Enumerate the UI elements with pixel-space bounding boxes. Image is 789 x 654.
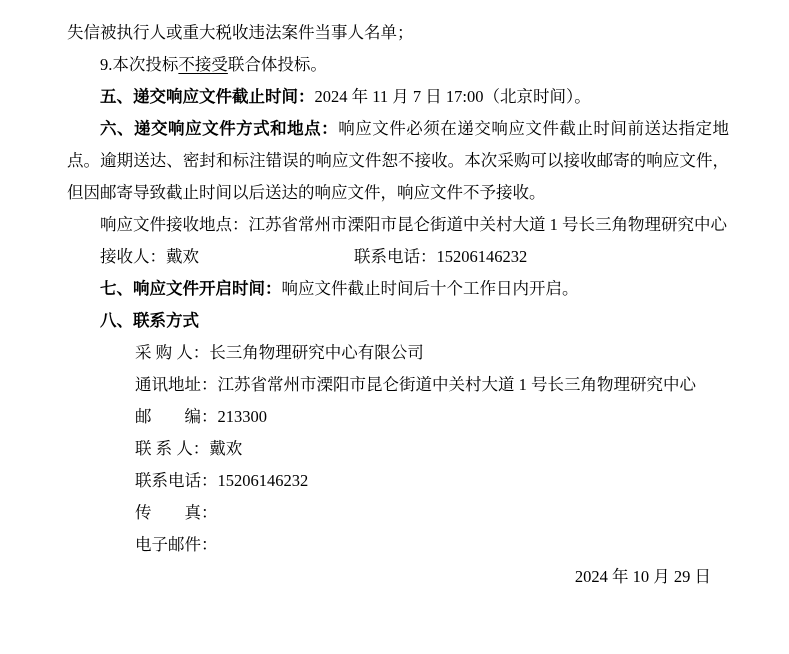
document-page: 失信被执行人或重大税收违法案件当事人名单； 9.本次投标不接受联合体投标。 五、…: [0, 0, 789, 654]
contact-phone: 联系电话：15206146232: [67, 465, 729, 497]
contact-purchaser-label: 采 购 人：: [135, 343, 209, 362]
contact-person: 联 系 人：戴欢: [67, 433, 729, 465]
intro-line: 失信被执行人或重大税收违法案件当事人名单；: [67, 17, 729, 49]
contact-person-label: 联 系 人：: [135, 439, 209, 458]
contact-email: 电子邮件：: [67, 529, 729, 561]
section-6-heading: 六、递交响应文件方式和地点：: [100, 119, 338, 138]
contact-address-label: 通讯地址：: [135, 375, 218, 394]
contact-person-value: 戴欢: [209, 439, 242, 458]
contact-address: 通讯地址：江苏省常州市溧阳市昆仑街道中关村大道 1 号长三角物理研究中心: [67, 369, 729, 401]
item-9-prefix: 9.本次投标: [100, 55, 178, 74]
contact-postcode-value: 213300: [218, 407, 268, 426]
section-6: 六、递交响应文件方式和地点：响应文件必须在递交响应文件截止时间前送达指定地点。逾…: [67, 113, 729, 209]
contact-purchaser-value: 长三角物理研究中心有限公司: [209, 343, 424, 362]
contact-address-value: 江苏省常州市溧阳市昆仑街道中关村大道 1 号长三角物理研究中心: [218, 375, 697, 394]
contact-postcode: 邮 编：213300: [67, 401, 729, 433]
item-9: 9.本次投标不接受联合体投标。: [67, 49, 729, 81]
section-5: 五、递交响应文件截止时间：2024 年 11 月 7 日 17:00（北京时间）…: [67, 81, 729, 113]
receiver-phone: 联系电话：15206146232: [354, 247, 527, 266]
section-8: 八、联系方式: [67, 305, 729, 337]
section-8-heading: 八、联系方式: [100, 311, 199, 330]
contact-phone-value: 15206146232: [218, 471, 309, 490]
section-7-heading: 七、响应文件开启时间：: [100, 279, 282, 298]
section-7: 七、响应文件开启时间：响应文件截止时间后十个工作日内开启。: [67, 273, 729, 305]
contact-phone-label: 联系电话：: [135, 471, 218, 490]
document-date: 2024 年 10 月 29 日: [67, 561, 729, 593]
section-5-heading: 五、递交响应文件截止时间：: [100, 87, 315, 106]
contact-fax: 传 真：: [67, 497, 729, 529]
section-5-text: 2024 年 11 月 7 日 17:00（北京时间）。: [315, 87, 591, 106]
receive-location-line: 响应文件接收地点：江苏省常州市溧阳市昆仑街道中关村大道 1 号长三角物理研究中心: [67, 209, 729, 241]
contact-postcode-label: 邮 编：: [135, 407, 218, 426]
item-9-suffix: 联合体投标。: [228, 55, 327, 74]
section-7-text: 响应文件截止时间后十个工作日内开启。: [282, 279, 579, 298]
contact-email-label: 电子邮件：: [135, 535, 218, 554]
item-9-underlined-text: 不接受: [178, 55, 228, 74]
receiver-name: 接收人：戴欢: [100, 241, 354, 273]
contact-fax-label: 传 真：: [135, 503, 218, 522]
contact-purchaser: 采 购 人：长三角物理研究中心有限公司: [67, 337, 729, 369]
receiver-line: 接收人：戴欢联系电话：15206146232: [67, 241, 729, 273]
